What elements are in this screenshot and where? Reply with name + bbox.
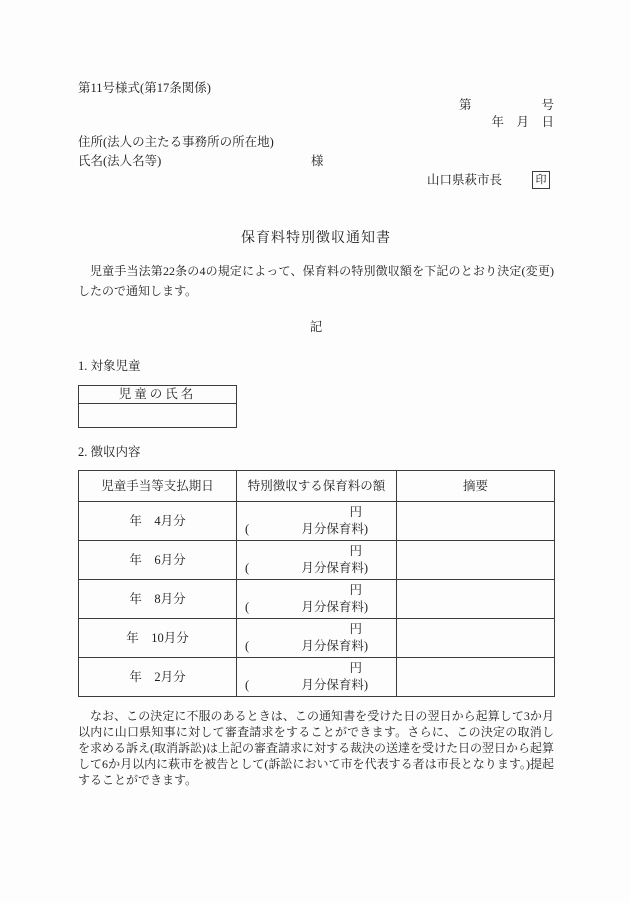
section-heading-children: 1. 対象児童: [78, 358, 554, 375]
collection-table-wrap: 児童手当等支払期日 特別徴収する保育料の額 摘要 年 4月分 円 ( 月分保育料…: [78, 470, 554, 697]
table-header-row: 児童の氏名: [79, 386, 237, 404]
amount-unit: 円: [237, 621, 396, 638]
date-line: 年 月 日: [78, 114, 554, 131]
children-table: 児童の氏名: [78, 385, 237, 428]
amount-cell: 円 ( 月分保育料): [237, 658, 397, 697]
note-cell: [397, 658, 555, 697]
recipient-honorific: 様: [311, 153, 324, 170]
amount-cell: 円 ( 月分保育料): [237, 502, 397, 541]
note-cell: [397, 541, 555, 580]
document-title: 保育料特別徴収通知書: [78, 230, 554, 249]
period-cell: 年 6月分: [79, 541, 237, 580]
period-cell: 年 4月分: [79, 502, 237, 541]
amount-paren-line: ( 月分保育料): [237, 521, 396, 538]
amount-unit: 円: [237, 543, 396, 560]
paren-label: 月分保育料): [301, 677, 368, 694]
period-cell: 年 10月分: [79, 619, 237, 658]
document-number-suffix: 号: [541, 97, 554, 114]
paren-open: (: [245, 560, 249, 577]
amount-cell: 円 ( 月分保育料): [237, 619, 397, 658]
paren-open: (: [245, 677, 249, 694]
amount-paren-line: ( 月分保育料): [237, 638, 396, 655]
amount-unit: 円: [237, 660, 396, 677]
table-row: 年 10月分 円 ( 月分保育料): [79, 619, 555, 658]
amount-unit: 円: [237, 582, 396, 599]
section-heading-collection: 2. 徴収内容: [78, 444, 554, 461]
period-cell: 年 2月分: [79, 658, 237, 697]
form-number: 第11号様式(第17条関係): [78, 80, 554, 97]
record-marker: 記: [78, 319, 554, 336]
paren-open: (: [245, 638, 249, 655]
paren-label: 月分保育料): [301, 599, 368, 616]
notice-document-page: 第11号様式(第17条関係) 第 号 年 月 日 住所(法人の主たる事務所の所在…: [0, 0, 630, 903]
amount-paren-line: ( 月分保育料): [237, 677, 396, 694]
note-cell: [397, 502, 555, 541]
issuer-line: 山口県萩市長 印: [78, 171, 554, 189]
table-header-row: 児童手当等支払期日 特別徴収する保育料の額 摘要: [79, 471, 555, 502]
children-name-cell: [79, 404, 237, 428]
seal-mark: 印: [536, 175, 547, 186]
table-row: [79, 404, 237, 428]
col-header-period: 児童手当等支払期日: [79, 471, 237, 502]
table-row: 年 6月分 円 ( 月分保育料): [79, 541, 555, 580]
table-row: 年 4月分 円 ( 月分保育料): [79, 502, 555, 541]
amount-cell: 円 ( 月分保育料): [237, 541, 397, 580]
document-number-prefix: 第: [459, 97, 472, 114]
paren-open: (: [245, 521, 249, 538]
paren-label: 月分保育料): [301, 560, 368, 577]
col-header-amount: 特別徴収する保育料の額: [237, 471, 397, 502]
collection-table: 児童手当等支払期日 特別徴収する保育料の額 摘要 年 4月分 円 ( 月分保育料…: [78, 470, 555, 697]
children-table-wrap: 児童の氏名: [78, 385, 554, 428]
body-paragraph: 児童手当法第22条の4の規定によって、保育料の特別徴収額を下記のとおり決定(変更…: [78, 261, 554, 301]
note-cell: [397, 580, 555, 619]
paren-open: (: [245, 599, 249, 616]
recipient-address-label: 住所(法人の主たる事務所の所在地): [78, 134, 554, 151]
recipient-name-line: 氏名(法人名等) 様: [78, 153, 554, 170]
amount-paren-line: ( 月分保育料): [237, 560, 396, 577]
paren-label: 月分保育料): [301, 638, 368, 655]
amount-unit: 円: [237, 504, 396, 521]
table-row: 年 2月分 円 ( 月分保育料): [79, 658, 555, 697]
issuer-name: 山口県萩市長: [427, 172, 502, 189]
amount-paren-line: ( 月分保育料): [237, 599, 396, 616]
note-cell: [397, 619, 555, 658]
col-header-note: 摘要: [397, 471, 555, 502]
document-number-line: 第 号: [78, 97, 554, 114]
period-cell: 年 8月分: [79, 580, 237, 619]
appeal-rights-note: なお、この決定に不服のあるときは、この通知書を受けた日の翌日から起算して3か月以…: [78, 708, 554, 788]
amount-cell: 円 ( 月分保育料): [237, 580, 397, 619]
seal-placeholder-box: 印: [532, 171, 550, 189]
table-row: 年 8月分 円 ( 月分保育料): [79, 580, 555, 619]
recipient-name-label: 氏名(法人名等): [78, 154, 161, 168]
paren-label: 月分保育料): [301, 521, 368, 538]
children-name-header: 児童の氏名: [79, 386, 237, 404]
